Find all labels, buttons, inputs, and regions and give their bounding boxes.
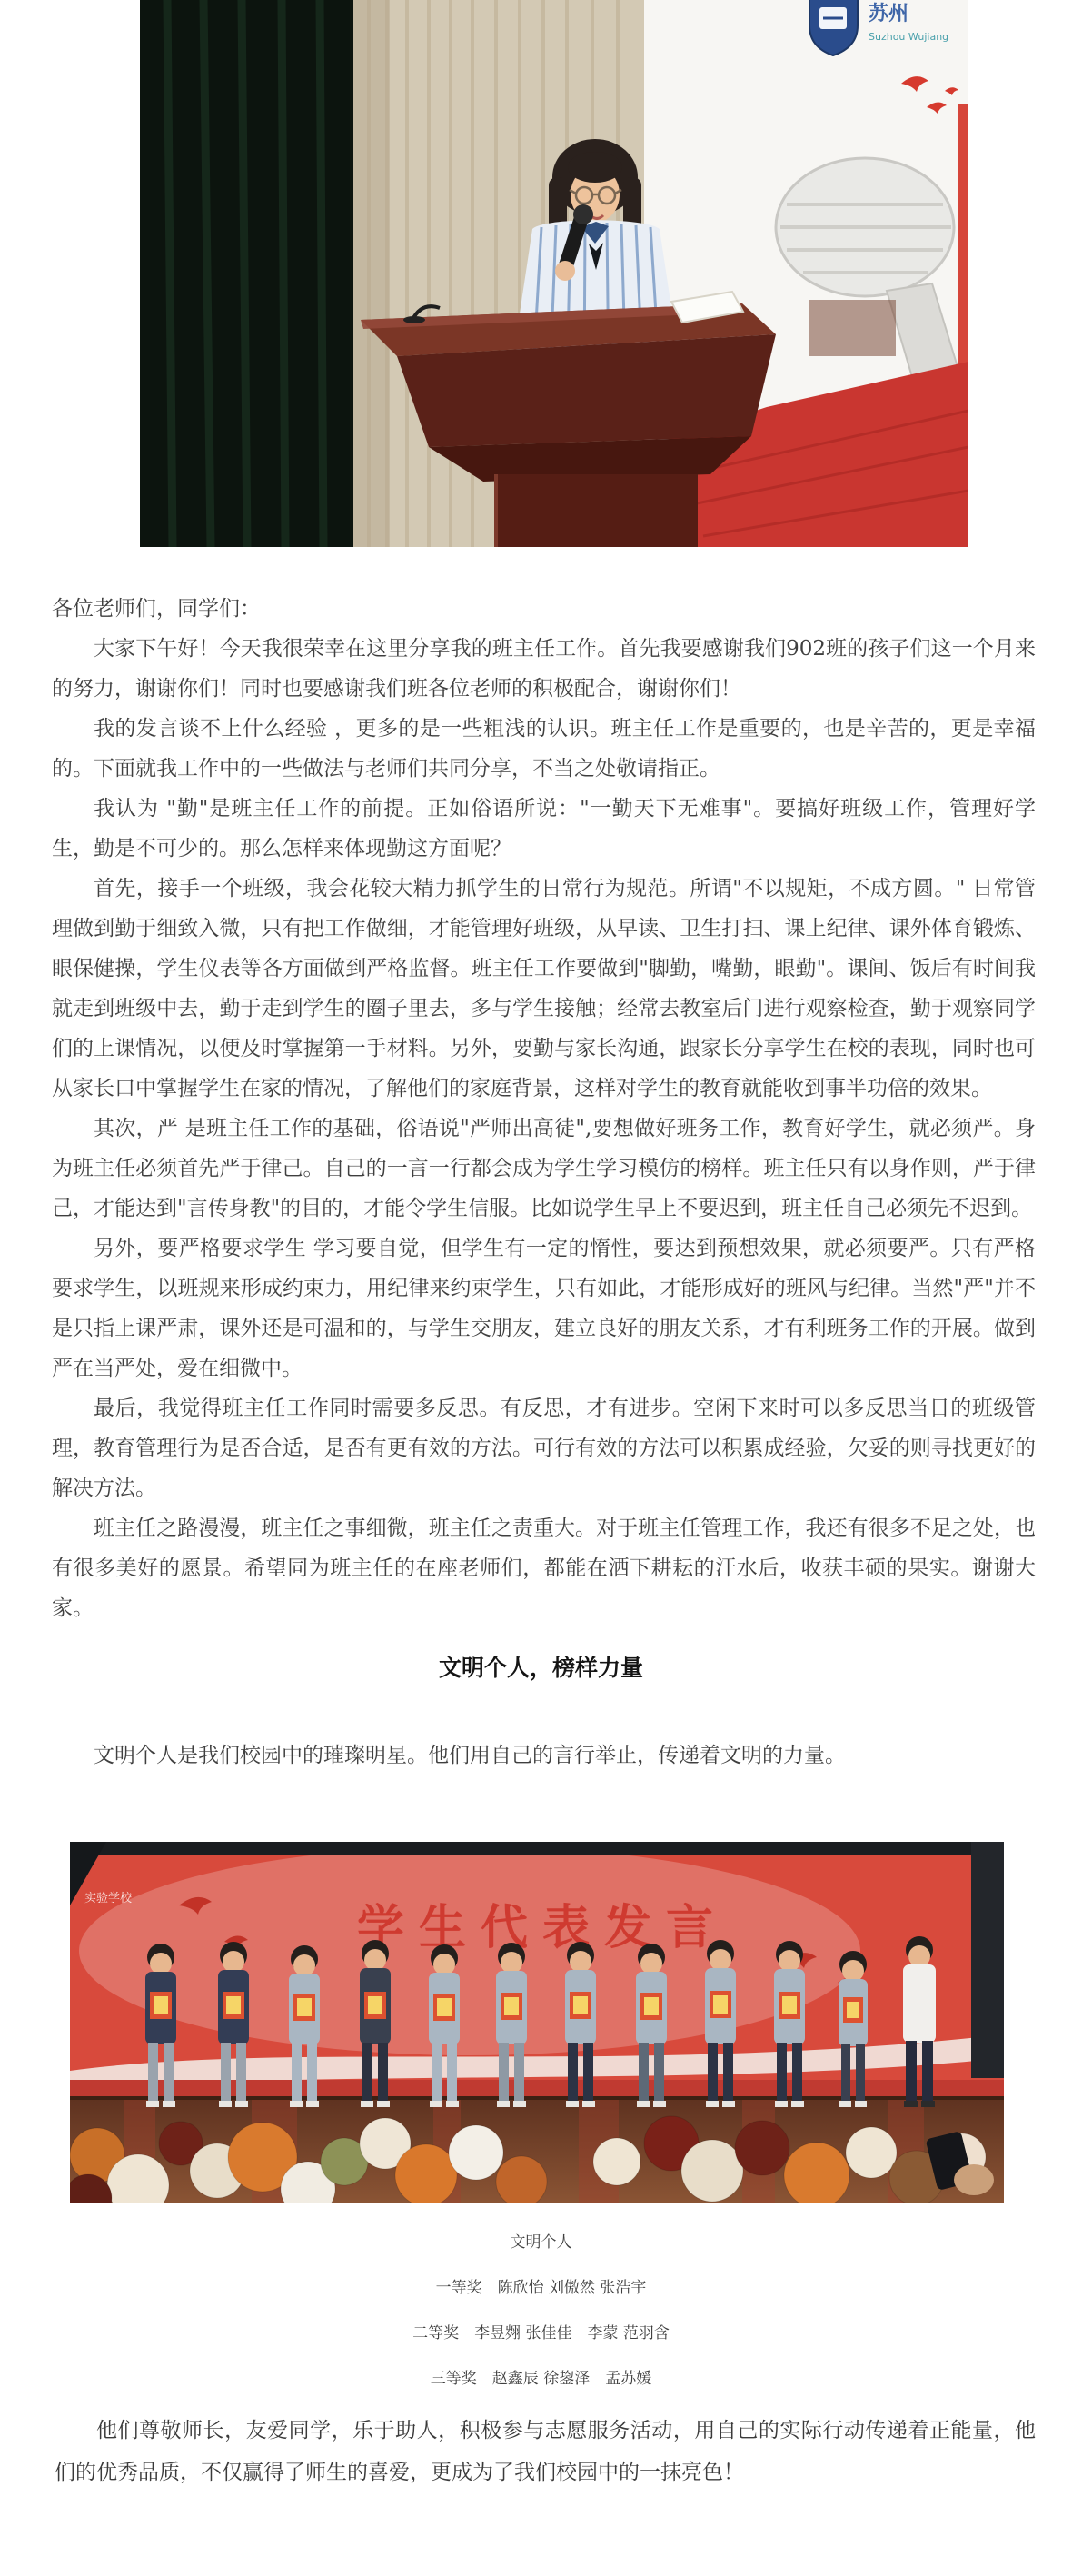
award-line-third: 三等奖 赵鑫辰 徐鋆泽 孟苏媛	[0, 2356, 1082, 2402]
speech-paragraph: 我的发言谈不上什么经验 ，更多的是一些粗浅的认识。班主任工作是重要的，也是辛苦的…	[52, 709, 1036, 789]
speech-paragraph: 最后，我觉得班主任工作同时需要多反思。有反思，才有进步。空闲下来时可以多反思当日…	[52, 1388, 1036, 1508]
speech-paragraph: 我认为 "勤"是班主任工作的前提。正如俗语所说："一勤天下无难事"。要搞好班级工…	[52, 789, 1036, 869]
svg-text:Suzhou Wujiang: Suzhou Wujiang	[869, 31, 948, 43]
award-line-first: 一等奖 陈欣怡 刘傲然 张浩宇	[0, 2265, 1082, 2311]
speech-paragraph: 首先，接手一个班级，我会花较大精力抓学生的日常行为规范。所谓"不以规矩，不成方圆…	[52, 869, 1036, 1109]
award-line-second: 二等奖 李昱翙 张佳佳 李蒙 范羽含	[0, 2311, 1082, 2356]
photo-award-students-graphic: 学生代表发言 实验学校	[70, 1842, 1004, 2203]
speech-paragraph: 大家下午好！今天我很荣幸在这里分享我的班主任工作。首先我要感谢我们902班的孩子…	[52, 629, 1036, 709]
speech-paragraph: 另外，要严格要求学生 学习要自觉，但学生有一定的惰性，要达到预想效果，就必须要严…	[52, 1228, 1036, 1388]
caption-title: 文明个人	[0, 2220, 1082, 2265]
article-page: 苏州 Suzhou Wujiang	[0, 0, 1082, 2576]
photo-corner-school-text: 实验学校	[84, 1891, 133, 1905]
speech-body: 各位老师们，同学们： 大家下午好！今天我很荣幸在这里分享我的班主任工作。首先我要…	[0, 589, 1082, 1628]
closing-paragraph: 他们尊敬师长，友爱同学，乐于助人，积极参与志愿服务活动，用自己的实际行动传递着正…	[0, 2410, 1082, 2493]
section-intro: 文明个人是我们校园中的璀璨明星。他们用自己的言行举止，传递着文明的力量。	[0, 1736, 1082, 1775]
speech-salutation: 各位老师们，同学们：	[52, 589, 1036, 629]
section-heading: 文明个人，榜样力量	[0, 1652, 1082, 1685]
photo-award-students[interactable]: 学生代表发言 实验学校	[70, 1842, 1004, 2203]
photo-captions: 文明个人 一等奖 陈欣怡 刘傲然 张浩宇 二等奖 李昱翙 张佳佳 李蒙 范羽含 …	[0, 2220, 1082, 2402]
speech-paragraph: 其次，严 是班主任工作的基础，俗语说"严师出高徒",要想做好班务工作，教育好学生…	[52, 1109, 1036, 1228]
speech-paragraph: 班主任之路漫漫，班主任之事细微，班主任之责重大。对于班主任管理工作，我还有很多不…	[52, 1508, 1036, 1628]
svg-text:苏州: 苏州	[869, 3, 908, 25]
photo-teacher-speech[interactable]: 苏州 Suzhou Wujiang	[140, 0, 968, 547]
photo-teacher-speech-graphic: 苏州 Suzhou Wujiang	[140, 0, 968, 547]
stage-banner-text: 学生代表发言	[357, 1900, 728, 1955]
